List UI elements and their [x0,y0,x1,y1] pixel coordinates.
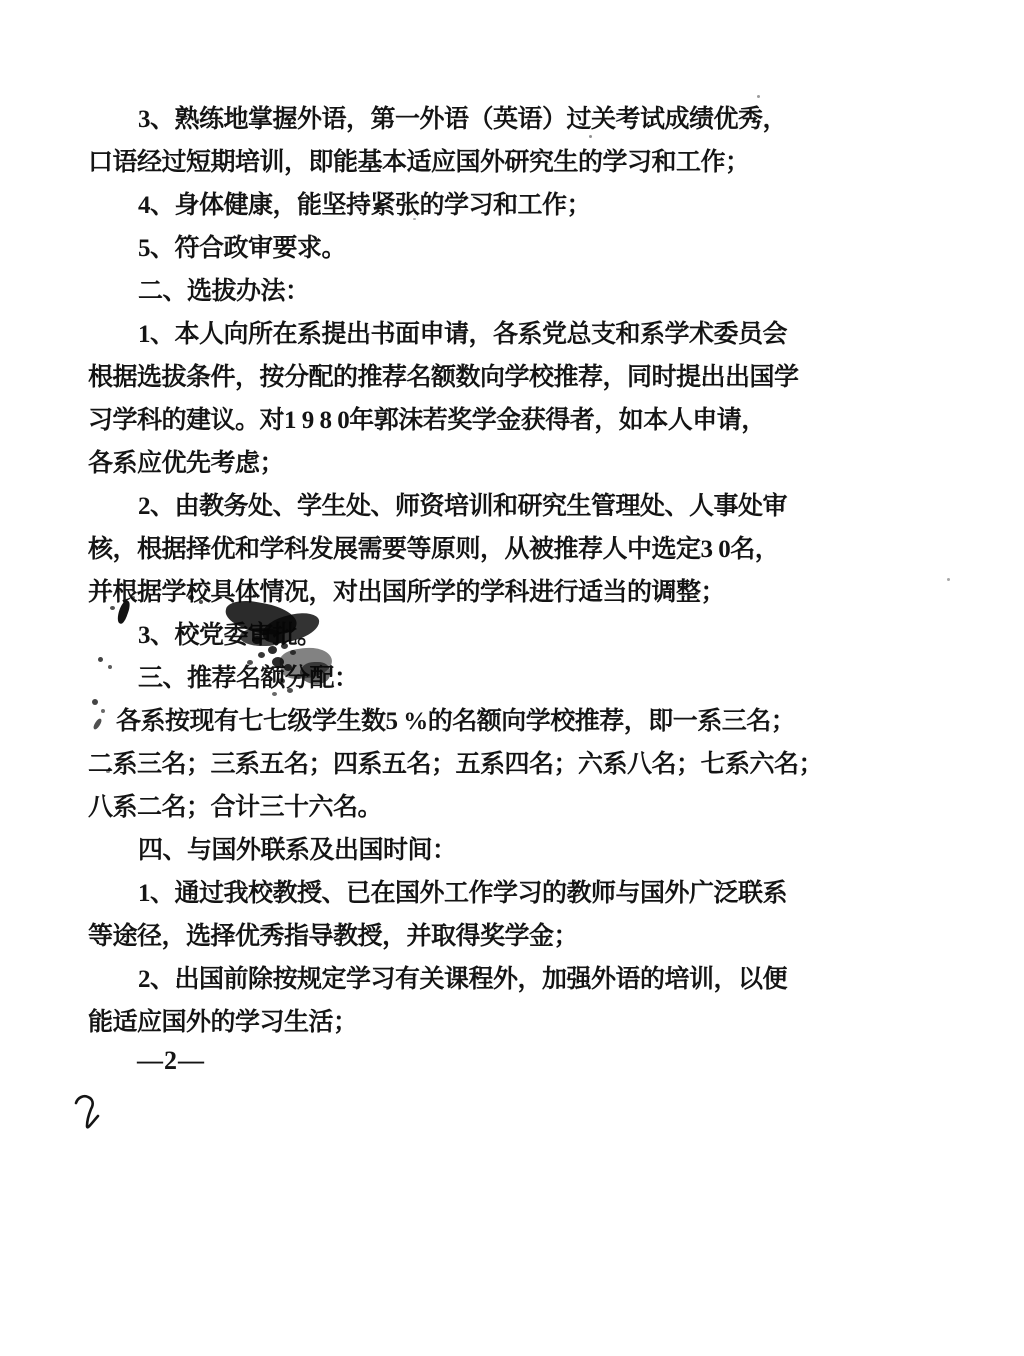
ink-speck [92,699,98,705]
ink-speck [296,674,301,679]
ink-speck [272,657,284,667]
text-line: 4、身体健康，能坚持紧张的学习和工作； [88,184,968,227]
ink-speck [101,709,105,713]
text-line: 二系三名；三系五名；四系五名；五系四名；六系八名；七系六名； [88,743,968,786]
text-line: 1、通过我校教授、已在国外工作学习的教师与国外广泛联系 [88,872,968,915]
text-line: 5、符合政审要求。 [88,227,968,270]
text-line: 四、与国外联系及出国时间： [88,829,968,872]
ink-speck [258,652,265,658]
ink-speck [247,660,253,665]
ink-speck [947,578,950,581]
ink-smudge [240,628,284,646]
ink-speck [757,95,760,98]
ink-speck [278,678,285,684]
ink-speck [252,636,262,644]
ink-speck [104,596,107,599]
page-number: —2— [137,1046,205,1076]
text-line: 根据选拔条件，按分配的推荐名额数向学校推荐，同时提出出国学 [88,356,968,399]
ink-speck [108,665,112,669]
ink-speck [131,596,135,599]
ink-speck [290,650,296,655]
text-line: 各系应优先考虑； [88,442,968,485]
ink-speck [589,135,592,138]
ink-speck [287,688,293,693]
text-line: 口语经过短期培训，即能基本适应国外研究生的学习和工作； [88,141,968,184]
ink-speck [98,657,103,662]
document-body: 3、熟练地掌握外语，第一外语（英语）过关考试成绩优秀， 口语经过短期培训，即能基… [88,98,968,1044]
ink-speck [106,770,110,773]
text-line: 核，根据择优和学科发展需要等原则，从被推荐人中选定3 0名， [88,528,968,571]
text-line: 能适应国外的学习生活； [88,1001,968,1044]
text-line: 等途径，选择优秀指导教授，并取得奖学金； [88,915,968,958]
text-line: 2、出国前除按规定学习有关课程外，加强外语的培训，以便 [88,958,968,1001]
ink-smudge [300,662,330,684]
text-line: 3、熟练地掌握外语，第一外语（英语）过关考试成绩优秀， [88,98,968,141]
ink-speck [268,646,277,654]
text-line: 三、推荐名额分配： [88,657,968,700]
ink-speck [272,692,277,696]
ink-speck [110,606,115,610]
text-line: 八系二名；合计三十六名。 [88,786,968,829]
ink-speck [413,218,416,220]
text-line: 二、选拔办法： [88,270,968,313]
ink-speck [281,643,288,649]
text-line: 习学科的建议。对1 9 8 0年郭沫若奖学金获得者，如本人申请， [88,399,968,442]
ink-speck [188,595,194,600]
ink-speck [284,664,292,671]
document-page: 3、熟练地掌握外语，第一外语（英语）过关考试成绩优秀， 口语经过短期培训，即能基… [0,0,1024,1356]
text-line: 3、校党委审批。 [88,614,968,657]
text-line: 并根据学校具体情况，对出国所学的学科进行适当的调整； [88,571,968,614]
ink-speck [199,600,203,604]
handwritten-mark [55,1085,135,1145]
text-line: 2、由教务处、学生处、师资培训和研究生管理处、人事处审 [88,485,968,528]
text-line: 1、本人向所在系提出书面申请，各系党总支和系学术委员会 [88,313,968,356]
text-line: 各系按现有七七级学生数5 %的名额向学校推荐，即一系三名； [88,700,968,743]
